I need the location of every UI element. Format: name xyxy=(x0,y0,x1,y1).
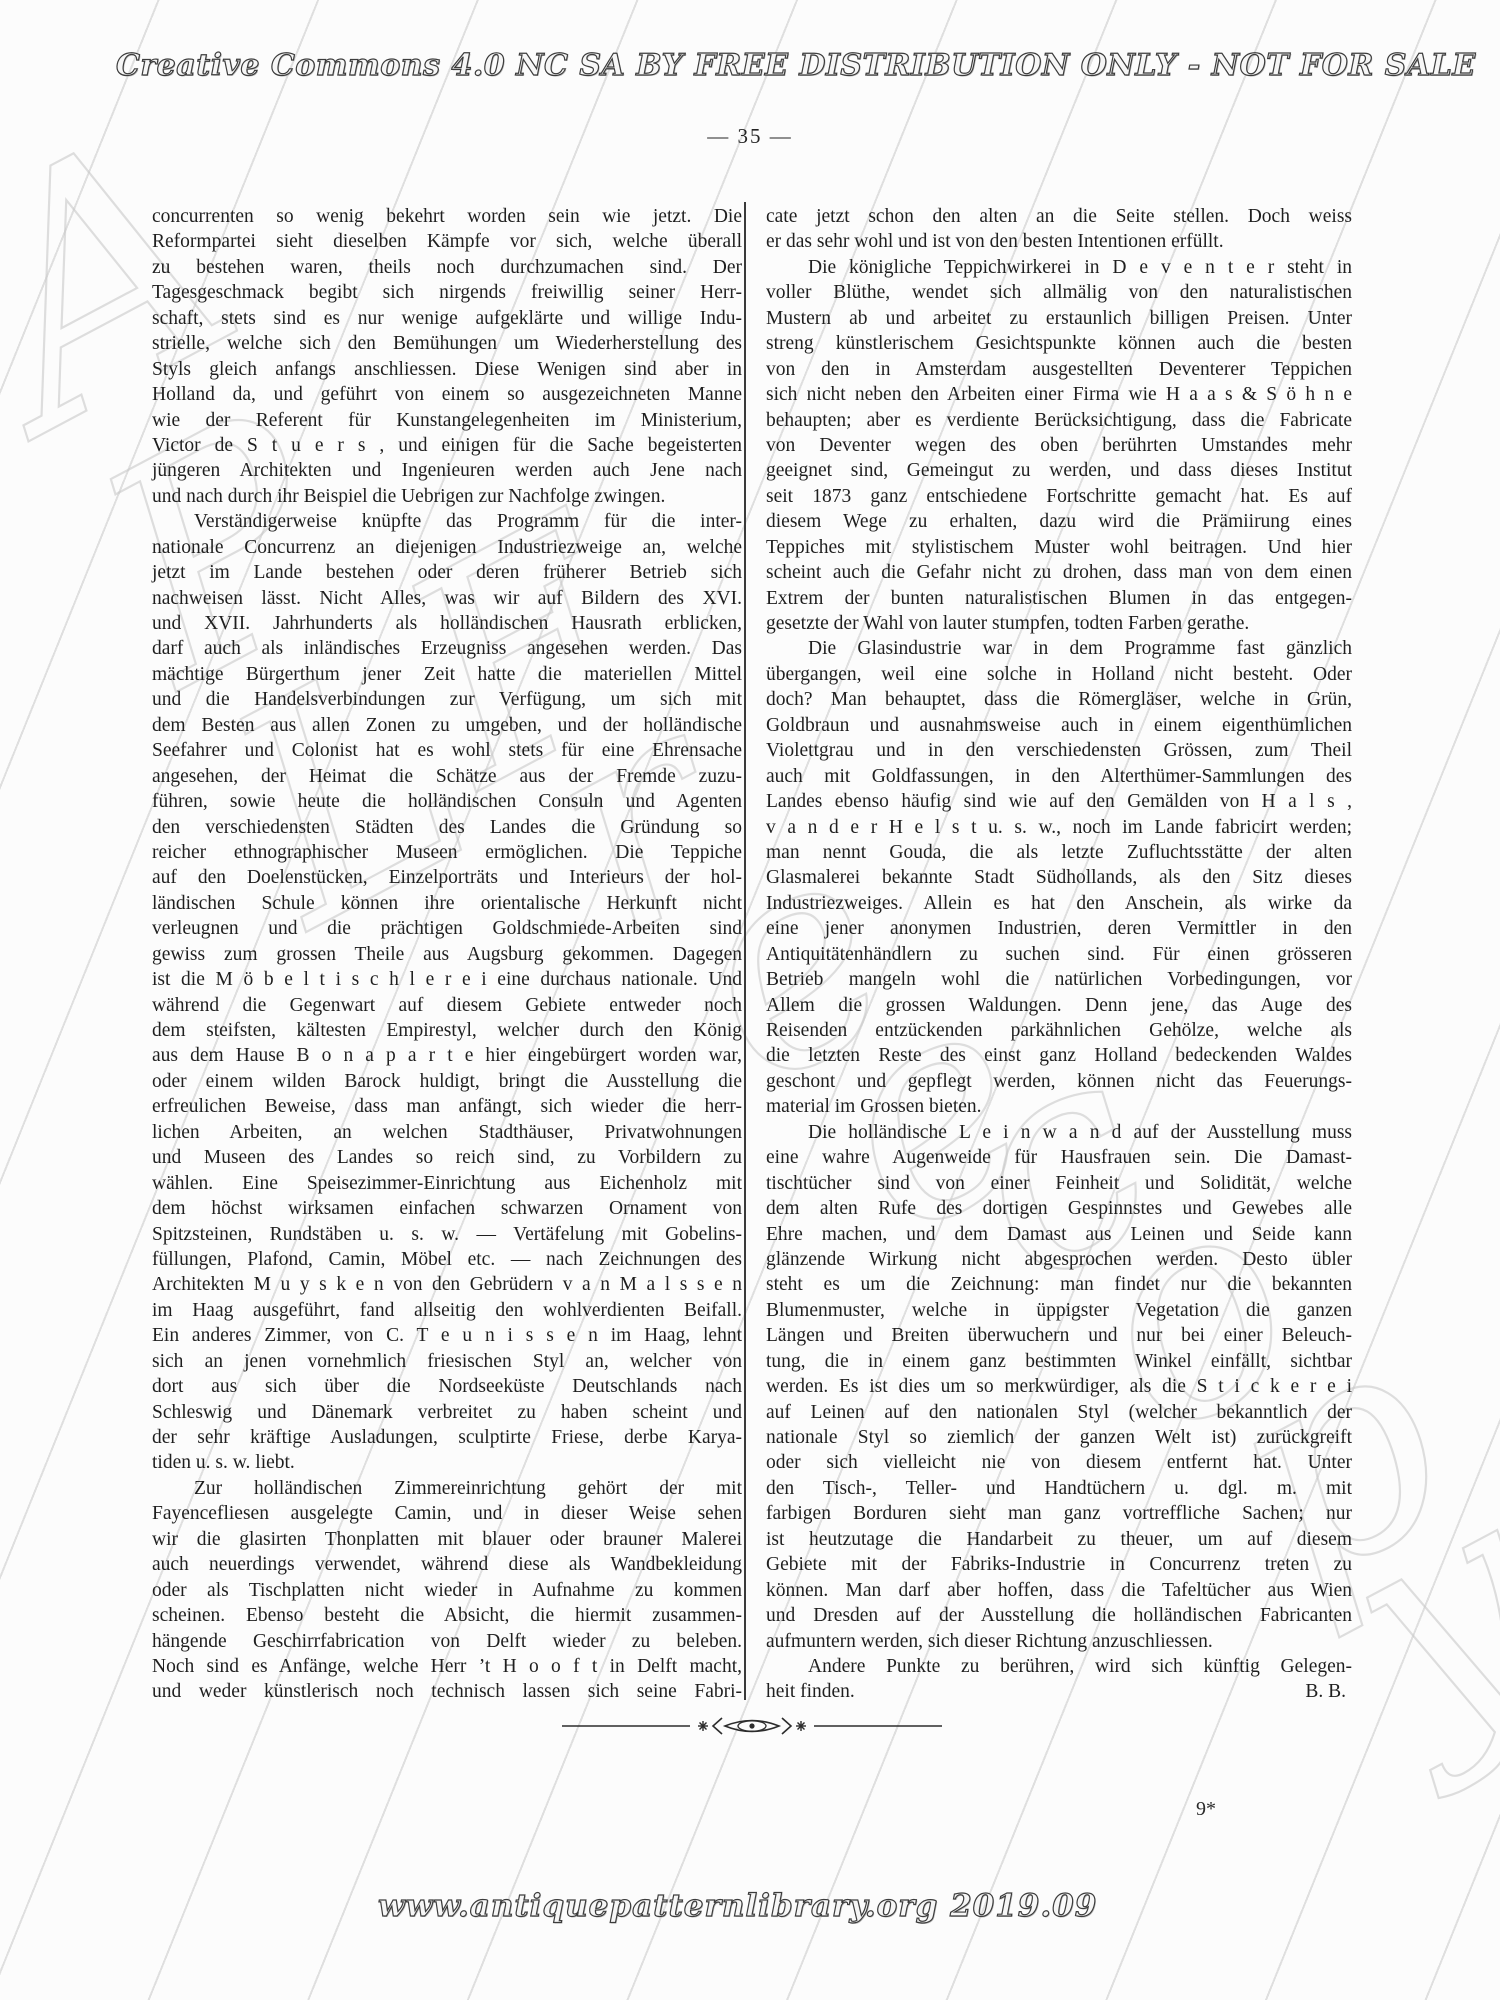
text-line: Spitzsteinen, Rundstäben u. s. w. — Vert… xyxy=(152,1222,742,1247)
text-line: Teppiches mit stylistischem Muster wohl … xyxy=(766,535,1352,560)
text-line: nachweisen lässt. Nicht Alles, was wir a… xyxy=(152,586,742,611)
text-line: und weder künstlerisch noch technisch la… xyxy=(152,1679,742,1704)
text-line: tischtücher sind von einer Feinheit und … xyxy=(766,1171,1352,1196)
text-line: farbigen Borduren sieht man ganz vortref… xyxy=(766,1501,1352,1526)
text-line: Architekten M u y s k e n von den Gebrüd… xyxy=(152,1272,742,1297)
section-divider xyxy=(562,1714,942,1743)
text-line: und die Handelsverbindungen zur Verfügun… xyxy=(152,687,742,712)
printer-signature-mark: 9* xyxy=(1196,1798,1216,1821)
text-line: Längen und Breiten überwuchern und nur b… xyxy=(766,1323,1352,1348)
text-line: ländischen Schule können ihre orientalis… xyxy=(152,891,742,916)
right-column: cate jetzt schon den alten an die Seite … xyxy=(766,204,1352,1705)
text-line: und Museen des Landes so reich sind, zu … xyxy=(152,1145,742,1170)
footer-site-line: www.antiquepatternlibrary.org 2019.09 xyxy=(378,1888,1097,1924)
text-line: auch mit Goldfassungen, in den Alterthüm… xyxy=(766,764,1352,789)
text-line: Verständigerweise knüpfte das Programm f… xyxy=(152,509,742,534)
paragraph: Verständigerweise knüpfte das Programm f… xyxy=(152,509,742,1476)
text-line: im Haag ausgeführt, fand allseitig den w… xyxy=(152,1298,742,1323)
text-line: glänzende Wirkung nicht abgesprochen wer… xyxy=(766,1247,1352,1272)
text-line: Ehre machen, und dem Damast aus Leinen u… xyxy=(766,1222,1352,1247)
text-line: den Tisch-, Teller- und Handtüchern u. d… xyxy=(766,1476,1352,1501)
paragraph: concurrenten so wenig bekehrt worden sei… xyxy=(152,204,742,509)
text-line: Andere Punkte zu berühren, wird sich kün… xyxy=(766,1654,1352,1679)
text-line: ist heutzutage die Handarbeit zu theuer,… xyxy=(766,1527,1352,1552)
text-line: Ein anderes Zimmer, von C. T e u n i s s… xyxy=(152,1323,742,1348)
text-line: sich an jenen vornehmlich friesischen St… xyxy=(152,1349,742,1374)
text-line: Fayencefliesen ausgelegte Camin, und in … xyxy=(152,1501,742,1526)
left-column: concurrenten so wenig bekehrt worden sei… xyxy=(152,204,742,1705)
text-line: er das sehr wohl und ist von den besten … xyxy=(766,229,1352,254)
text-line: lichen Arbeiten, an welchen Stadthäuser,… xyxy=(152,1120,742,1145)
text-line: material im Grossen bieten. xyxy=(766,1094,1352,1119)
text-line: dort aus sich über die Nordseeküste Deut… xyxy=(152,1374,742,1399)
paragraph: Die Glasindustrie war in dem Programme f… xyxy=(766,636,1352,1119)
license-header: Creative Commons 4.0 NC SA BY FREE DISTR… xyxy=(116,48,1476,83)
text-line: schaft, stets sind es nur wenige aufgekl… xyxy=(152,306,742,331)
text-line: mächtige Bürgerthum jener Zeit hatte die… xyxy=(152,662,742,687)
paragraph: Die königliche Teppichwirkerei in D e v … xyxy=(766,255,1352,637)
text-line: wählen. Eine Speisezimmer-Einrichtung au… xyxy=(152,1171,742,1196)
text-line: führen, sowie heute die holländischen Co… xyxy=(152,789,742,814)
text-line: Blumenmuster, welche in üppigster Vegeta… xyxy=(766,1298,1352,1323)
text-line: zu bestehen waren, theils noch durchzuma… xyxy=(152,255,742,280)
text-line: auf Leinen auf den nationalen Styl (welc… xyxy=(766,1400,1352,1425)
text-line: nationale Styl so ziemlich der ganzen We… xyxy=(766,1425,1352,1450)
text-line: Die holländische L e i n w a n d auf der… xyxy=(766,1120,1352,1145)
author-initials: B. B. xyxy=(1305,1679,1352,1704)
text-line: Noch sind es Anfänge, welche Herr ’t H o… xyxy=(152,1654,742,1679)
text-line: während die Gegenwart auf diesem Gebiete… xyxy=(152,993,742,1018)
text-line: aufmuntern werden, sich dieser Richtung … xyxy=(766,1629,1352,1654)
text-line: geschont und gepflegt werden, können nic… xyxy=(766,1069,1352,1094)
text-line: Betrieb mangeln wohl die natürlichen Vor… xyxy=(766,967,1352,992)
scanned-document-page: { "header": { "license_line": "Creative … xyxy=(0,0,1500,2000)
text-line: man nennt Gouda, die als letzte Zuflucht… xyxy=(766,840,1352,865)
text-line: von den in Amsterdam ausgestellten Deven… xyxy=(766,357,1352,382)
text-line: scheinen. Ebenso besteht die Absicht, di… xyxy=(152,1603,742,1628)
text-line: eine jener anonymen Industrien, deren Ve… xyxy=(766,916,1352,941)
text-line: Reformpartei sieht dieselben Kämpfe vor … xyxy=(152,229,742,254)
text-line: die letzten Reste des einst ganz Holland… xyxy=(766,1043,1352,1068)
text-line: Extrem der bunten naturalistischen Blume… xyxy=(766,586,1352,611)
text-line: können. Man darf aber hoffen, dass die T… xyxy=(766,1578,1352,1603)
text-line: heit finden.B. B. xyxy=(766,1679,1352,1704)
text-line: Violettgrau und in den verschiedensten G… xyxy=(766,738,1352,763)
text-line: auf den Doelenstücken, Einzelporträts un… xyxy=(152,865,742,890)
text-line: jüngeren Architekten und Ingenieuren wer… xyxy=(152,458,742,483)
text-line: werden. Es ist dies um so merkwürdiger, … xyxy=(766,1374,1352,1399)
text-line: erfreulichen Beweise, dass man anfängt, … xyxy=(152,1094,742,1119)
text-line: Antiquitätenhändlern zu suchen sind. Für… xyxy=(766,942,1352,967)
text-line: gewiss zum grossen Theile aus Augsburg g… xyxy=(152,942,742,967)
text-line: Holland da, und geführt von einem so aus… xyxy=(152,382,742,407)
text-line: behaupten; aber es verdiente Berücksicht… xyxy=(766,408,1352,433)
text-line: Goldbraun und ausnahmsweise auch in eine… xyxy=(766,713,1352,738)
text-line: wir die glasirten Thonplatten mit blauer… xyxy=(152,1527,742,1552)
text-line: von Deventer wegen des oben berührten Um… xyxy=(766,433,1352,458)
text-line: füllungen, Plafond, Camin, Möbel etc. — … xyxy=(152,1247,742,1272)
text-line: eine wahre Augenweide für Hausfrauen sei… xyxy=(766,1145,1352,1170)
page-number: — 35 — xyxy=(0,124,1500,149)
text-line: Glasmalerei bekannte Stadt Südhollands, … xyxy=(766,865,1352,890)
text-line: Gebiete mit der Fabriks-Industrie in Con… xyxy=(766,1552,1352,1577)
text-line: oder als Tischplatten nicht wieder in Au… xyxy=(152,1578,742,1603)
paragraph: cate jetzt schon den alten an die Seite … xyxy=(766,204,1352,255)
text-line: Victor de S t u e r s , und einigen für … xyxy=(152,433,742,458)
text-line: Die königliche Teppichwirkerei in D e v … xyxy=(766,255,1352,280)
paragraph: Andere Punkte zu berühren, wird sich kün… xyxy=(766,1654,1352,1705)
text-line: concurrenten so wenig bekehrt worden sei… xyxy=(152,204,742,229)
paragraph-end-text: heit finden. xyxy=(766,1679,855,1704)
text-line: doch? Man behauptet, dass die Römergläse… xyxy=(766,687,1352,712)
paragraph: Die holländische L e i n w a n d auf der… xyxy=(766,1120,1352,1654)
text-line: tung, die in einem ganz bestimmten Winke… xyxy=(766,1349,1352,1374)
paragraph: Zur holländischen Zimmereinrichtung gehö… xyxy=(152,1476,742,1705)
text-line: aus dem Hause B o n a p a r t e hier ein… xyxy=(152,1043,742,1068)
text-line: übergangen, weil eine solche in Holland … xyxy=(766,662,1352,687)
column-rule xyxy=(744,202,746,1700)
text-line: oder sich vielleicht nie von diesem entf… xyxy=(766,1450,1352,1475)
text-line: auch neuerdings verwendet, während diese… xyxy=(152,1552,742,1577)
text-line: dem steifsten, kältesten Empirestyl, wel… xyxy=(152,1018,742,1043)
text-line: cate jetzt schon den alten an die Seite … xyxy=(766,204,1352,229)
text-line: gesetzte der Wahl von lauter stumpfen, t… xyxy=(766,611,1352,636)
text-line: und nach durch ihr Beispiel die Uebrigen… xyxy=(152,484,742,509)
text-line: nationale Concurrenz an diejenigen Indus… xyxy=(152,535,742,560)
text-line: tiden u. s. w. liebt. xyxy=(152,1450,742,1475)
text-line: und Dresden auf der Ausstellung die holl… xyxy=(766,1603,1352,1628)
text-line: Styls gleich anfangs anschliessen. Diese… xyxy=(152,357,742,382)
text-line: wie der Referent für Kunstangelegenheite… xyxy=(152,408,742,433)
text-line: Reisenden entzückenden parkähnlichen Geh… xyxy=(766,1018,1352,1043)
text-line: der sehr kräftige Ausladungen, sculptirt… xyxy=(152,1425,742,1450)
text-line: voller Blüthe, wendet sich allmälig von … xyxy=(766,280,1352,305)
text-line: Schleswig und Dänemark verbreitet zu hab… xyxy=(152,1400,742,1425)
text-line: darf auch als inländisches Erzeugniss an… xyxy=(152,636,742,661)
text-line: dem alten Rufe des dortigen Gespinnstes … xyxy=(766,1196,1352,1221)
text-line: jetzt im Lande bestehen oder deren frühe… xyxy=(152,560,742,585)
text-line: Zur holländischen Zimmereinrichtung gehö… xyxy=(152,1476,742,1501)
text-line: hängende Geschirrfabrication von Delft w… xyxy=(152,1629,742,1654)
text-line: Mustern ab und arbeitet zu erstaunlich b… xyxy=(766,306,1352,331)
text-line: angesehen, der Heimat die Schätze aus de… xyxy=(152,764,742,789)
text-line: scheint auch die Gefahr nicht zu drohen,… xyxy=(766,560,1352,585)
text-line: streng künstlerischem Gesichtspunkte kön… xyxy=(766,331,1352,356)
text-line: v a n d e r H e l s t u. s. w., noch im … xyxy=(766,815,1352,840)
text-line: den verschiedensten Städten des Landes d… xyxy=(152,815,742,840)
text-line: geeignet sind, Gemeingut zu werden, und … xyxy=(766,458,1352,483)
text-line: dem Besten aus allen Zonen zu umgeben, u… xyxy=(152,713,742,738)
text-line: sich nicht neben den Arbeiten einer Firm… xyxy=(766,382,1352,407)
text-line: dem höchst wirksamen einfachen schwarzen… xyxy=(152,1196,742,1221)
text-line: reicher ethnographischer Museen ermöglic… xyxy=(152,840,742,865)
text-line: strielle, welche sich den Bemühungen um … xyxy=(152,331,742,356)
text-line: verleugnen und die prächtigen Goldschmie… xyxy=(152,916,742,941)
text-line: Allem die grossen Waldungen. Denn jene, … xyxy=(766,993,1352,1018)
text-line: ist die M ö b e l t i s c h l e r e i ei… xyxy=(152,967,742,992)
text-line: Die Glasindustrie war in dem Programme f… xyxy=(766,636,1352,661)
text-line: und XVII. Jahrhunderts als holländischen… xyxy=(152,611,742,636)
divider-ornament-icon xyxy=(562,1714,942,1738)
text-line: seit 1873 ganz entschiedene Fortschritte… xyxy=(766,484,1352,509)
text-line: Landes ebenso häufig sind wie auf den Ge… xyxy=(766,789,1352,814)
text-line: diesem Wege zu erhalten, dazu wird die P… xyxy=(766,509,1352,534)
text-line: oder einem wilden Barock huldigt, bringt… xyxy=(152,1069,742,1094)
text-line: Industriezweiges. Allein es hat den Ansc… xyxy=(766,891,1352,916)
text-line: Tagesgeschmack begibt sich nirgends frei… xyxy=(152,280,742,305)
text-line: steht es um die Zeichnung: man findet nu… xyxy=(766,1272,1352,1297)
text-line: Seefahrer und Colonist hat es wohl stets… xyxy=(152,738,742,763)
